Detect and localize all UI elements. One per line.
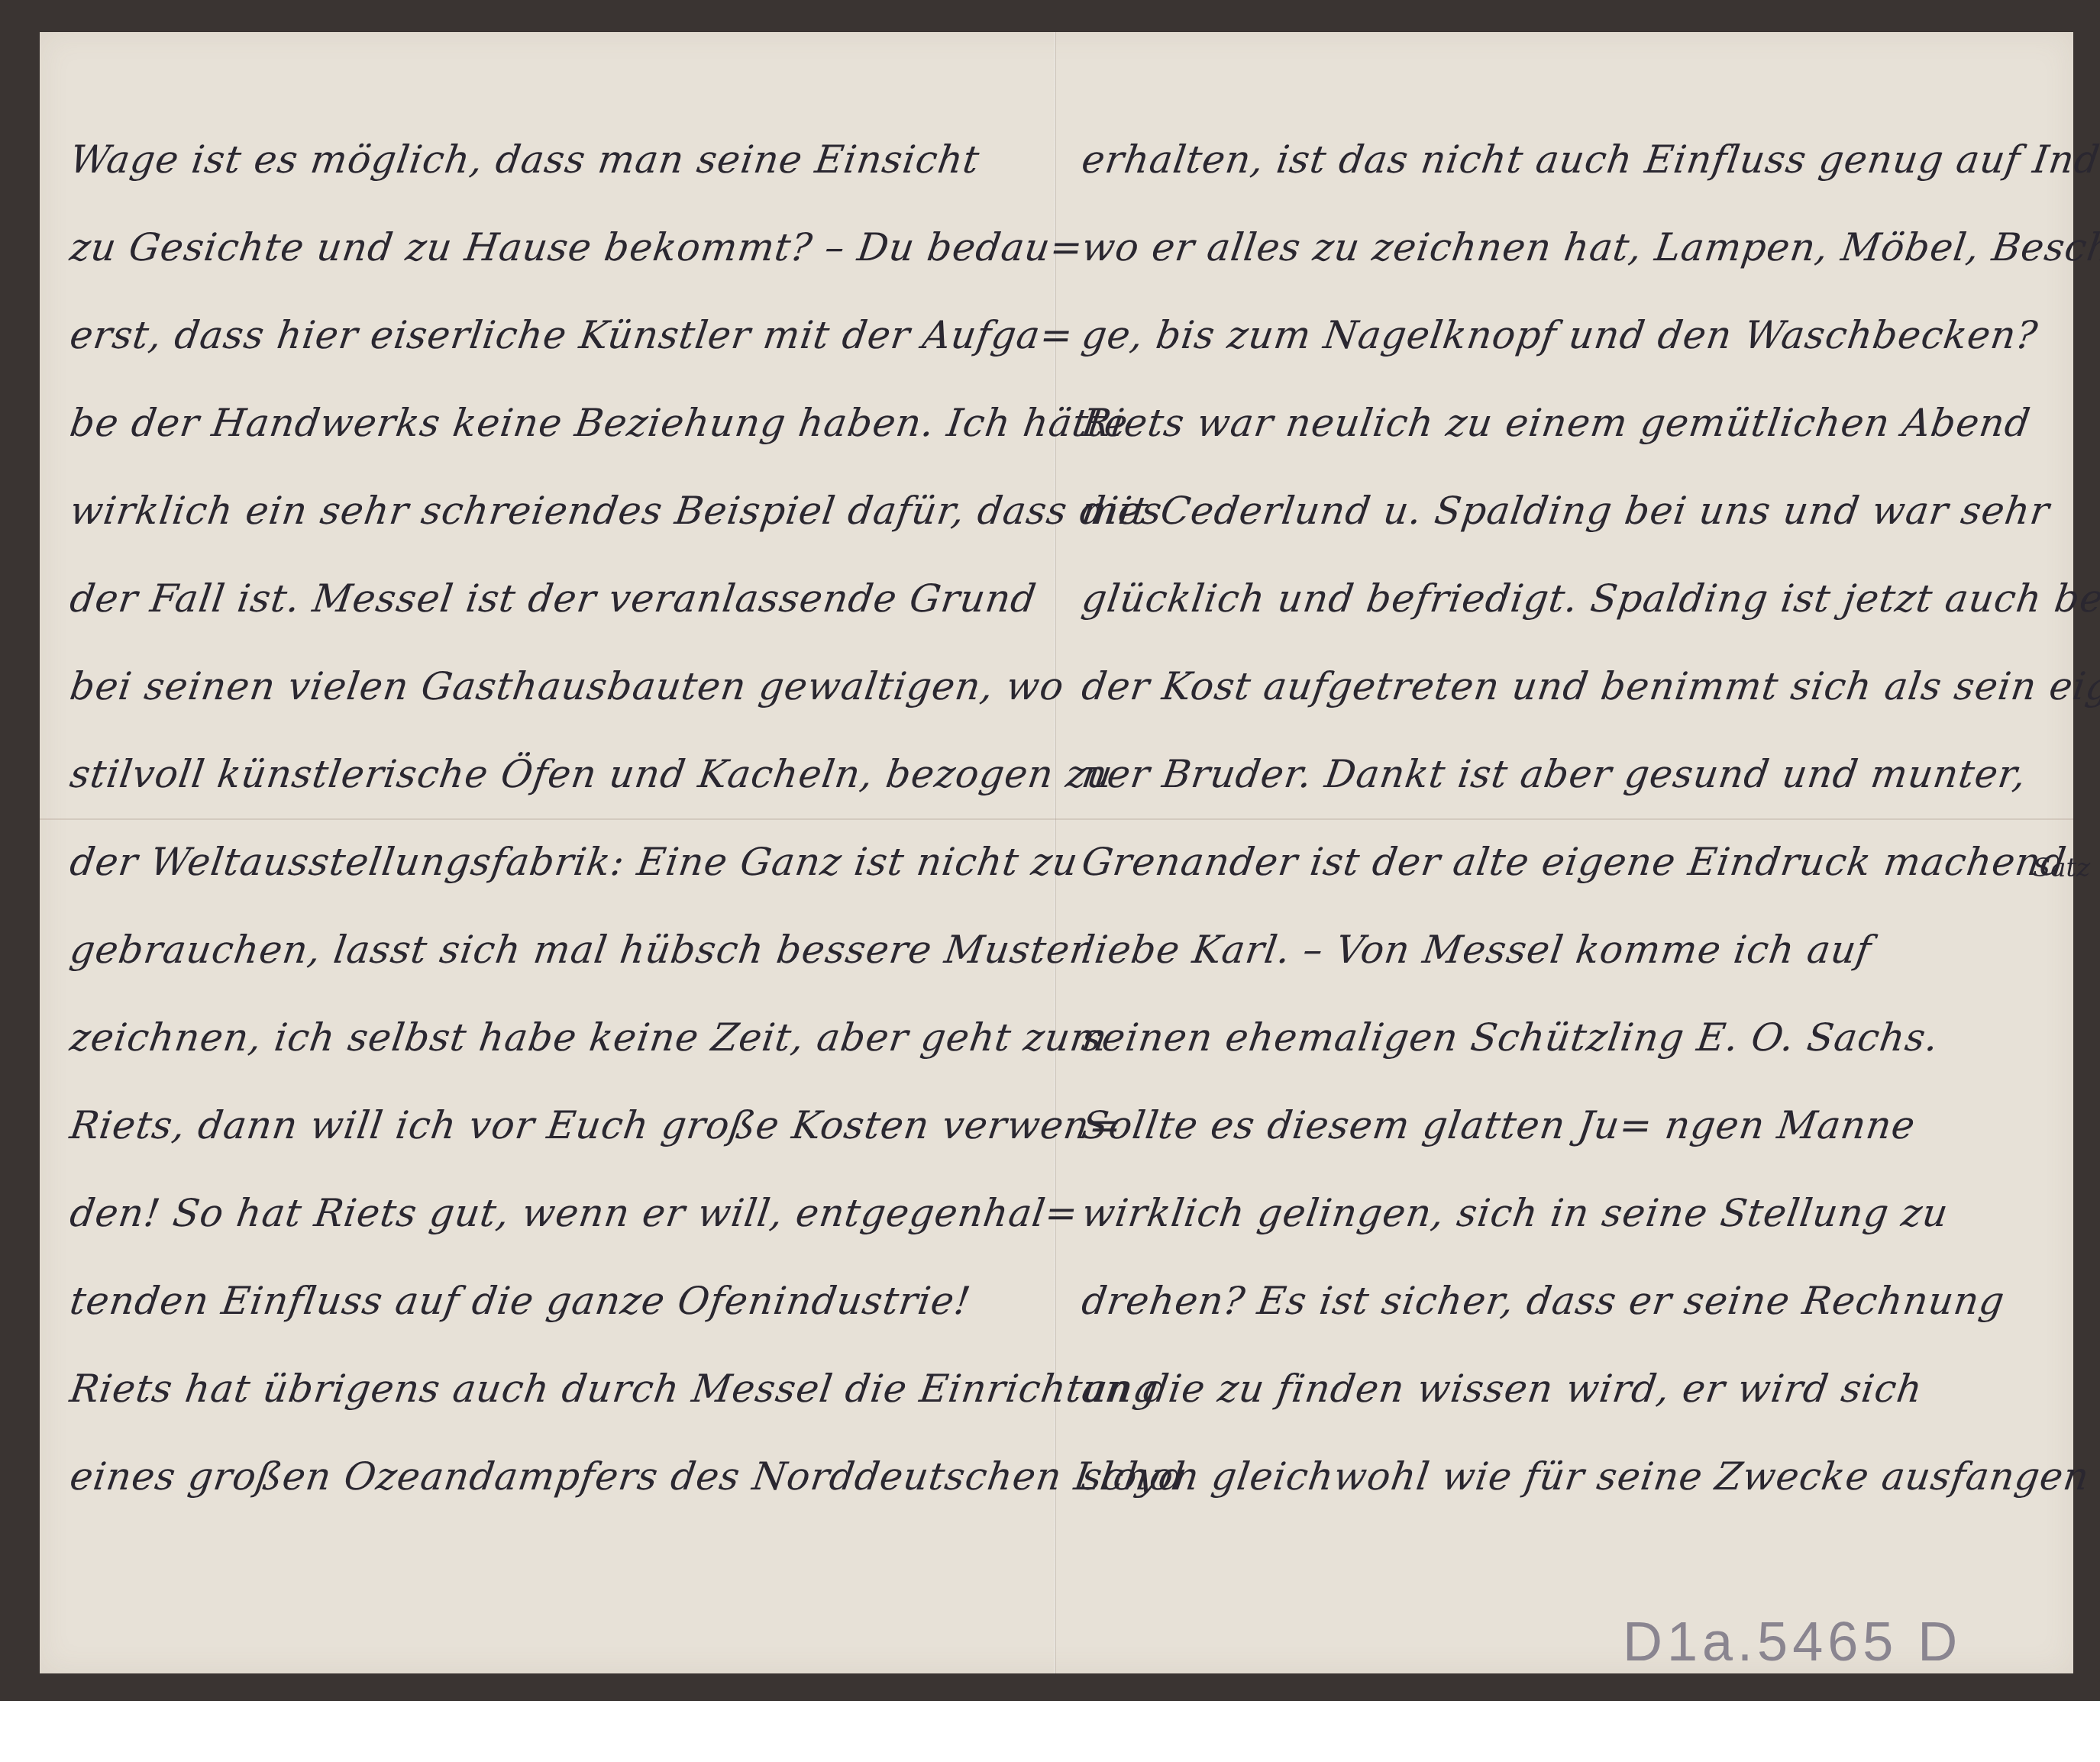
handwritten-line: stilvoll künstlerische Öfen und Kacheln,… [64, 731, 1031, 818]
handwritten-line: erhalten, ist das nicht auch Einfluss ge… [1076, 116, 2043, 204]
handwritten-line: ner Bruder. Dankt ist aber gesund und mu… [1076, 731, 2043, 818]
right-page-text: erhalten, ist das nicht auch Einfluss ge… [1082, 116, 2037, 1521]
handwritten-line: der Fall ist. Messel ist der veranlassen… [64, 555, 1031, 643]
handwritten-line: zu Gesichte und zu Hause bekommt? – Du b… [64, 204, 1031, 292]
handwritten-line: wirklich ein sehr schreiendes Beispiel d… [64, 467, 1031, 555]
handwritten-line: glücklich und befriedigt. Spalding ist j… [1076, 555, 2043, 643]
handwritten-line: seinen ehemaligen Schützling E. O. Sachs… [1076, 994, 2043, 1082]
handwritten-line: den! So hat Riets gut, wenn er will, ent… [64, 1170, 1031, 1257]
handwritten-line: drehen? Es ist sicher, dass er seine Rec… [1076, 1257, 2043, 1345]
handwritten-line: liebe Karl. – Von Messel komme ich auf [1076, 906, 2043, 994]
handwritten-line: wo er alles zu zeichnen hat, Lampen, Möb… [1076, 204, 2043, 292]
handwritten-line: Grenander ist der alte eigene Eindruck m… [1076, 818, 2043, 906]
handwritten-line: ge, bis zum Nagelknopf und den Waschbeck… [1076, 292, 2043, 379]
archive-pencil-mark: D1a.5465 D [1623, 1611, 1962, 1673]
handwritten-line: Riets war neulich zu einem gemütlichen A… [1076, 379, 2043, 467]
handwritten-line: wirklich gelingen, sich in seine Stellun… [1076, 1170, 2043, 1257]
handwritten-line: zeichnen, ich selbst habe keine Zeit, ab… [64, 994, 1031, 1082]
handwritten-line: mit Cederlund u. Spalding bei uns und wa… [1076, 467, 2043, 555]
handwritten-line: Riets hat übrigens auch durch Messel die… [64, 1345, 1031, 1433]
handwritten-line: gebrauchen, lasst sich mal hübsch besser… [64, 906, 1031, 994]
handwritten-line: be der Handwerks keine Beziehung haben. … [64, 379, 1031, 467]
letter-sheet: Wage ist es möglich, dass man seine Eins… [40, 32, 2073, 1673]
handwritten-line: an die zu finden wissen wird, er wird si… [1076, 1345, 2043, 1433]
handwritten-line: schon gleichwohl wie für seine Zwecke au… [1076, 1433, 2043, 1521]
handwritten-line: eines großen Ozeandampfers des Norddeuts… [64, 1433, 1031, 1521]
handwritten-line: der Weltausstellungsfabrik: Eine Ganz is… [64, 818, 1031, 906]
handwritten-line: erst, dass hier eiserliche Künstler mit … [64, 292, 1031, 379]
handwritten-line: Sollte es diesem glatten Ju= ngen Manne [1076, 1082, 2043, 1170]
margin-note: Satz [2033, 853, 2090, 883]
handwritten-line: bei seinen vielen Gasthausbauten gewalti… [64, 643, 1031, 731]
handwritten-line: der Kost aufgetreten und benimmt sich al… [1076, 643, 2043, 731]
handwritten-line: Riets, dann will ich vor Euch große Kost… [64, 1082, 1031, 1170]
handwritten-line: tenden Einfluss auf die ganze Ofenindust… [64, 1257, 1031, 1345]
left-page-text: Wage ist es möglich, dass man seine Eins… [70, 116, 1025, 1521]
handwritten-line: Wage ist es möglich, dass man seine Eins… [64, 116, 1031, 204]
